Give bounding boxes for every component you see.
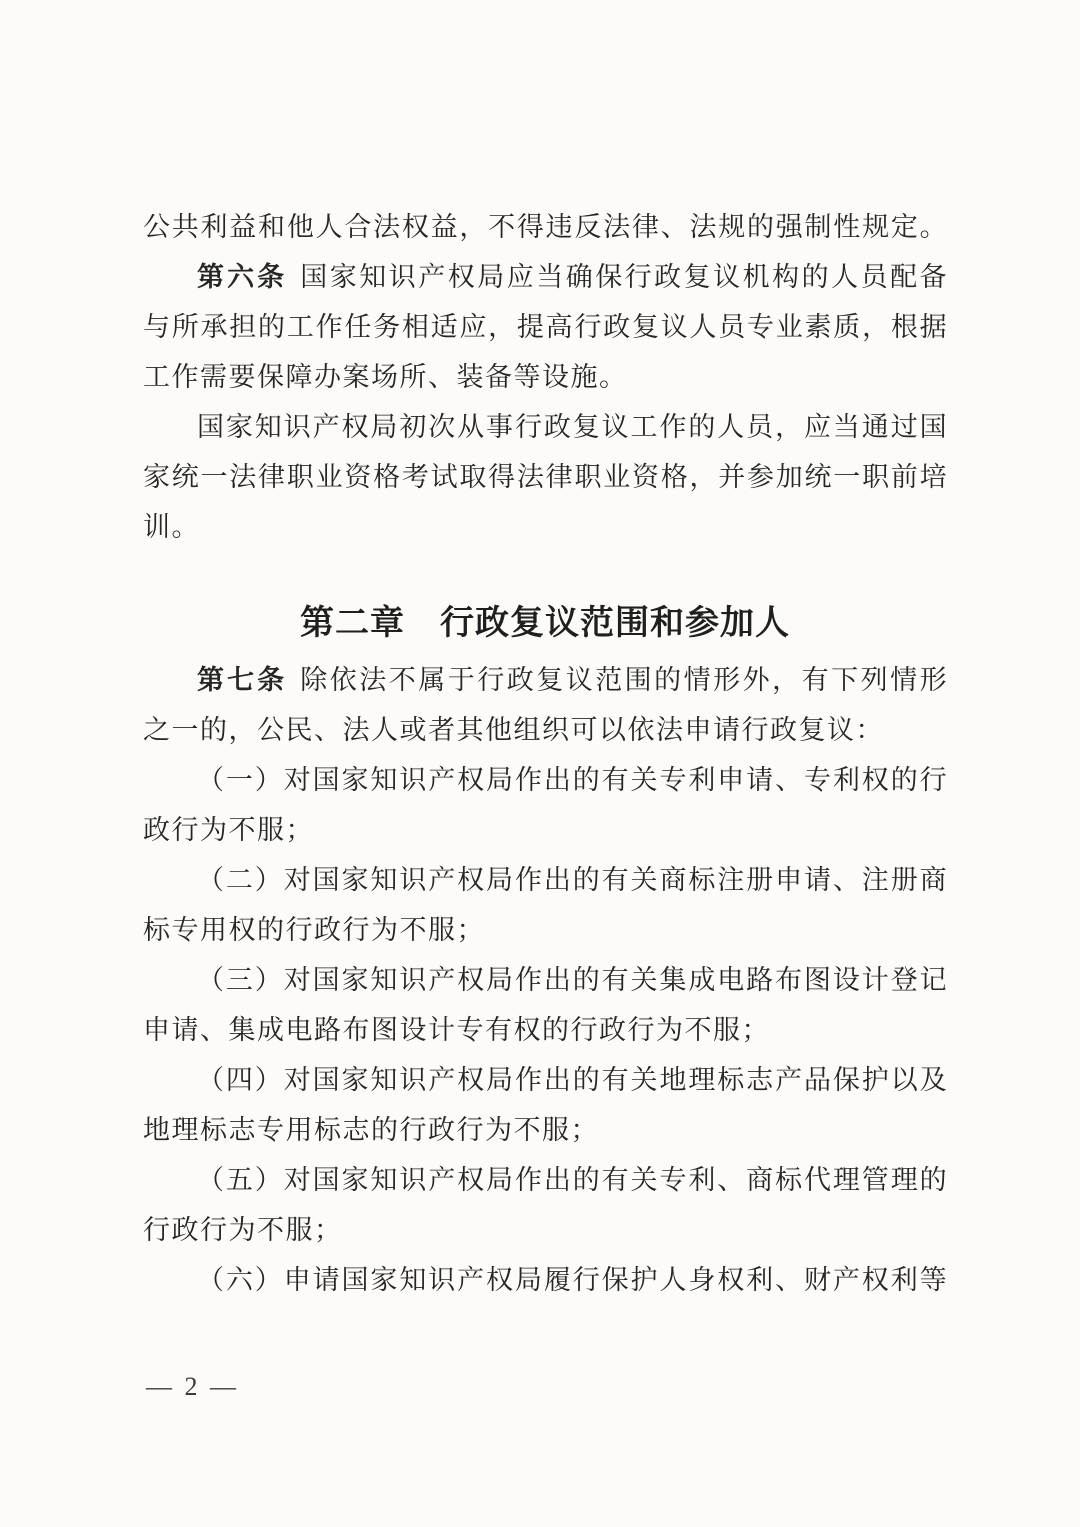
list-item-line: 申请、集成电路布图设计专有权的行政行为不服； — [143, 1005, 947, 1055]
list-item-line: （二）对国家知识产权局作出的有关商标注册申请、注册商 — [143, 855, 947, 905]
list-item-line: （三）对国家知识产权局作出的有关集成电路布图设计登记 — [143, 955, 947, 1005]
paragraph-line: 第六条国家知识产权局应当确保行政复议机构的人员配备 — [143, 252, 947, 302]
paragraph-line: 第七条除依法不属于行政复议范围的情形外，有下列情形 — [143, 655, 947, 705]
list-item-line: 标专用权的行政行为不服； — [143, 905, 947, 955]
list-item-line: 地理标志专用标志的行政行为不服； — [143, 1105, 947, 1155]
list-item-line: （一）对国家知识产权局作出的有关专利申请、专利权的行 — [143, 755, 947, 805]
paragraph-line: 工作需要保障办案场所、装备等设施。 — [143, 352, 947, 402]
paragraph-line: 与所承担的工作任务相适应，提高行政复议人员专业素质，根据 — [143, 302, 947, 352]
paragraph-line: 训。 — [143, 502, 947, 552]
document-page: 公共利益和他人合法权益，不得违反法律、法规的强制性规定。 第六条国家知识产权局应… — [0, 0, 1080, 1527]
paragraph-line: 国家知识产权局初次从事行政复议工作的人员，应当通过国 — [143, 402, 947, 452]
paragraph-line: 家统一法律职业资格考试取得法律职业资格，并参加统一职前培 — [143, 452, 947, 502]
paragraph-text: 国家知识产权局应当确保行政复议机构的人员配备 — [300, 262, 947, 292]
list-item-line: （四）对国家知识产权局作出的有关地理标志产品保护以及 — [143, 1055, 947, 1105]
article-6-label: 第六条 — [197, 262, 287, 293]
document-body: 公共利益和他人合法权益，不得违反法律、法规的强制性规定。 第六条国家知识产权局应… — [143, 202, 947, 1305]
article-7-block: 第七条除依法不属于行政复议范围的情形外，有下列情形 之一的，公民、法人或者其他组… — [143, 655, 947, 1305]
article-7-label: 第七条 — [197, 665, 287, 696]
list-item-line: 政行为不服； — [143, 805, 947, 855]
paragraph-line: 之一的，公民、法人或者其他组织可以依法申请行政复议： — [143, 705, 947, 755]
page-number: — 2 — — [146, 1372, 239, 1402]
paragraph-text: 除依法不属于行政复议范围的情形外，有下列情形 — [300, 665, 947, 695]
list-item-line: 行政行为不服； — [143, 1205, 947, 1255]
list-item-line: （六）申请国家知识产权局履行保护人身权利、财产权利等 — [143, 1255, 947, 1305]
chapter-heading: 第二章 行政复议范围和参加人 — [143, 597, 947, 649]
paragraph-line: 公共利益和他人合法权益，不得违反法律、法规的强制性规定。 — [143, 202, 947, 252]
list-item-line: （五）对国家知识产权局作出的有关专利、商标代理管理的 — [143, 1155, 947, 1205]
